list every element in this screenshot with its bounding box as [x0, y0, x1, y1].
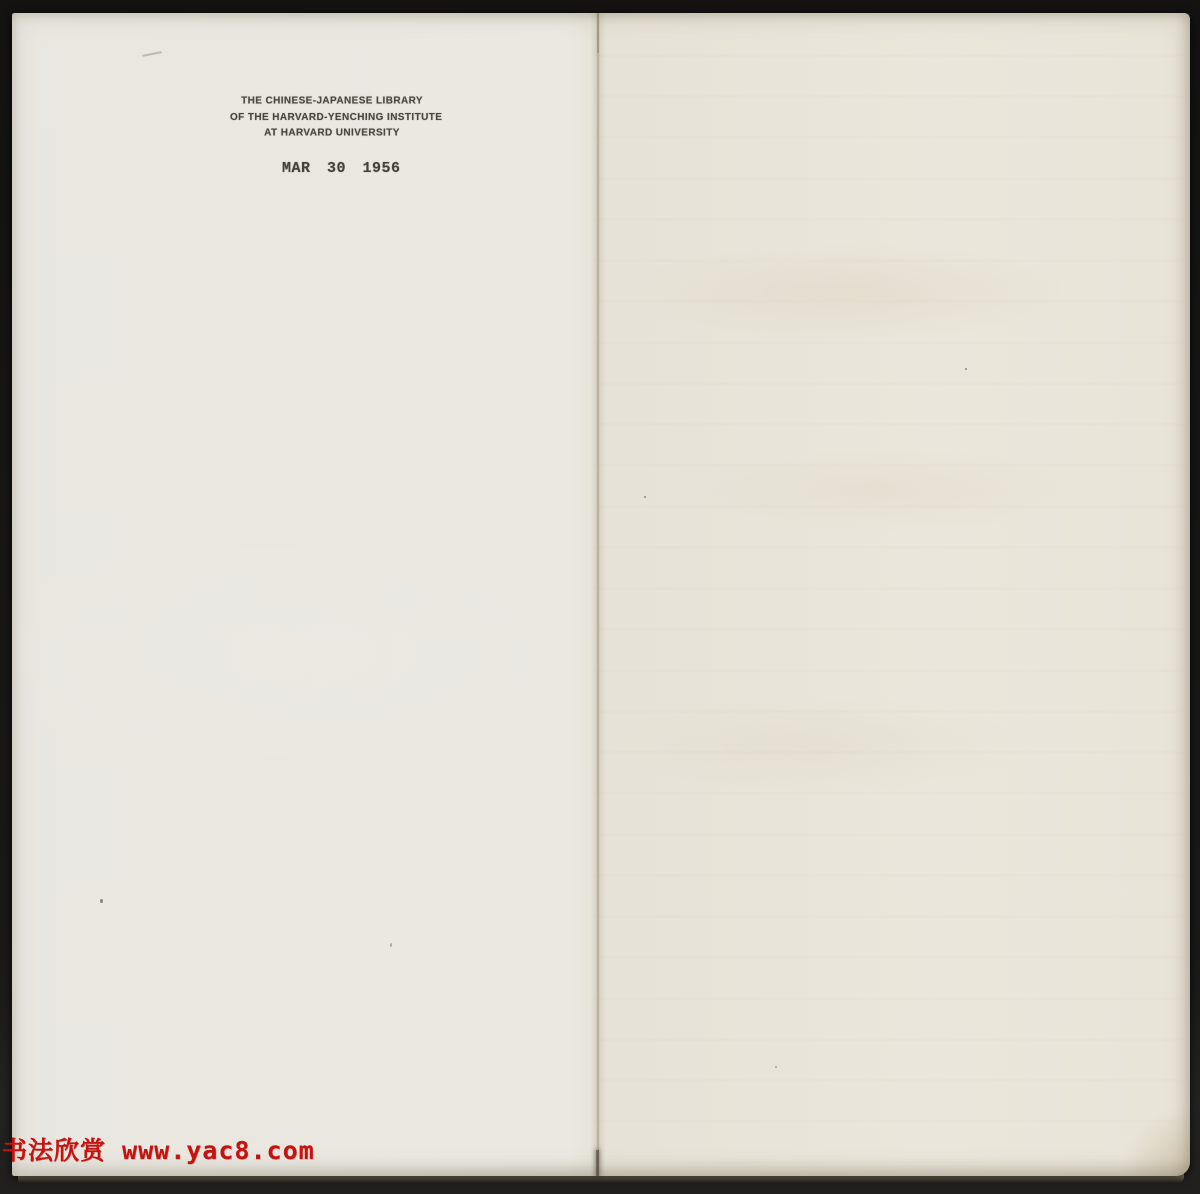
left-page [12, 13, 595, 1176]
paper-speck [965, 368, 967, 370]
paper-speck [390, 943, 392, 947]
paper-speck [775, 1066, 777, 1068]
site-watermark: 书法欣赏 www.yac8.com [2, 1131, 315, 1167]
book-page-spread: THE CHINESE-JAPANESE LIBRARY OF THE HARV… [12, 13, 1190, 1176]
stamp-line-2: OF THE HARVARD-YENCHING INSTITUTE [230, 109, 434, 125]
scanned-book-image: THE CHINESE-JAPANESE LIBRARY OF THE HARV… [0, 0, 1200, 1194]
stamp-line-3: AT HARVARD UNIVERSITY [230, 125, 434, 141]
accession-date-stamp: MAR 30 1956 [282, 160, 401, 177]
right-page [595, 13, 1190, 1176]
page-fold-seam [590, 13, 606, 1176]
library-ownership-stamp: THE CHINESE-JAPANESE LIBRARY OF THE HARV… [230, 93, 434, 141]
paper-speck [644, 496, 646, 498]
stamp-line-1: THE CHINESE-JAPANESE LIBRARY [230, 93, 434, 109]
paper-speck [100, 899, 103, 903]
